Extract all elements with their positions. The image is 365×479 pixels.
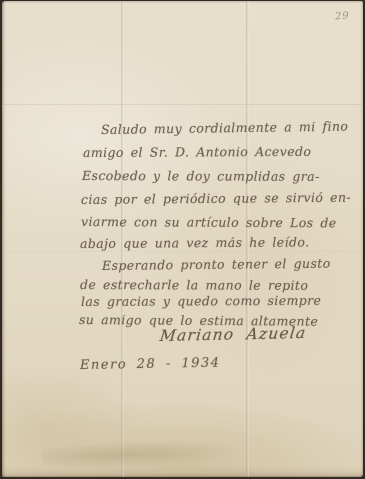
- horizontal-fold-crease-top: [2, 104, 363, 106]
- handwritten-line: cias por el periódico que se sirvió en-: [81, 190, 351, 207]
- handwritten-line: Escobedo y le doy cumplidas gra-: [82, 168, 320, 184]
- horizontal-fold-crease-middle: [2, 251, 363, 253]
- page-number: 29: [335, 10, 350, 22]
- paper-stain: [42, 438, 243, 471]
- handwritten-line: las gracias y quedo como siempre: [81, 293, 321, 309]
- handwritten-line: Saludo muy cordialmente a mi fino: [101, 119, 348, 137]
- handwritten-line: Esperando pronto tener el gusto: [102, 256, 331, 273]
- handwritten-line: de estrecharle la mano le repito: [80, 277, 308, 293]
- signature: Mariano Azuela: [159, 324, 308, 345]
- handwritten-line: amigo el Sr. D. Antonio Acevedo: [83, 144, 311, 160]
- letter-paper: 29 Saludo muy cordialmente a mi fino ami…: [2, 1, 363, 477]
- handwritten-line: abajo que una vez más he leído.: [80, 234, 310, 251]
- date-line: Enero 28 - 1934: [80, 356, 221, 373]
- handwritten-line: viarme con su artículo sobre Los de: [81, 214, 337, 230]
